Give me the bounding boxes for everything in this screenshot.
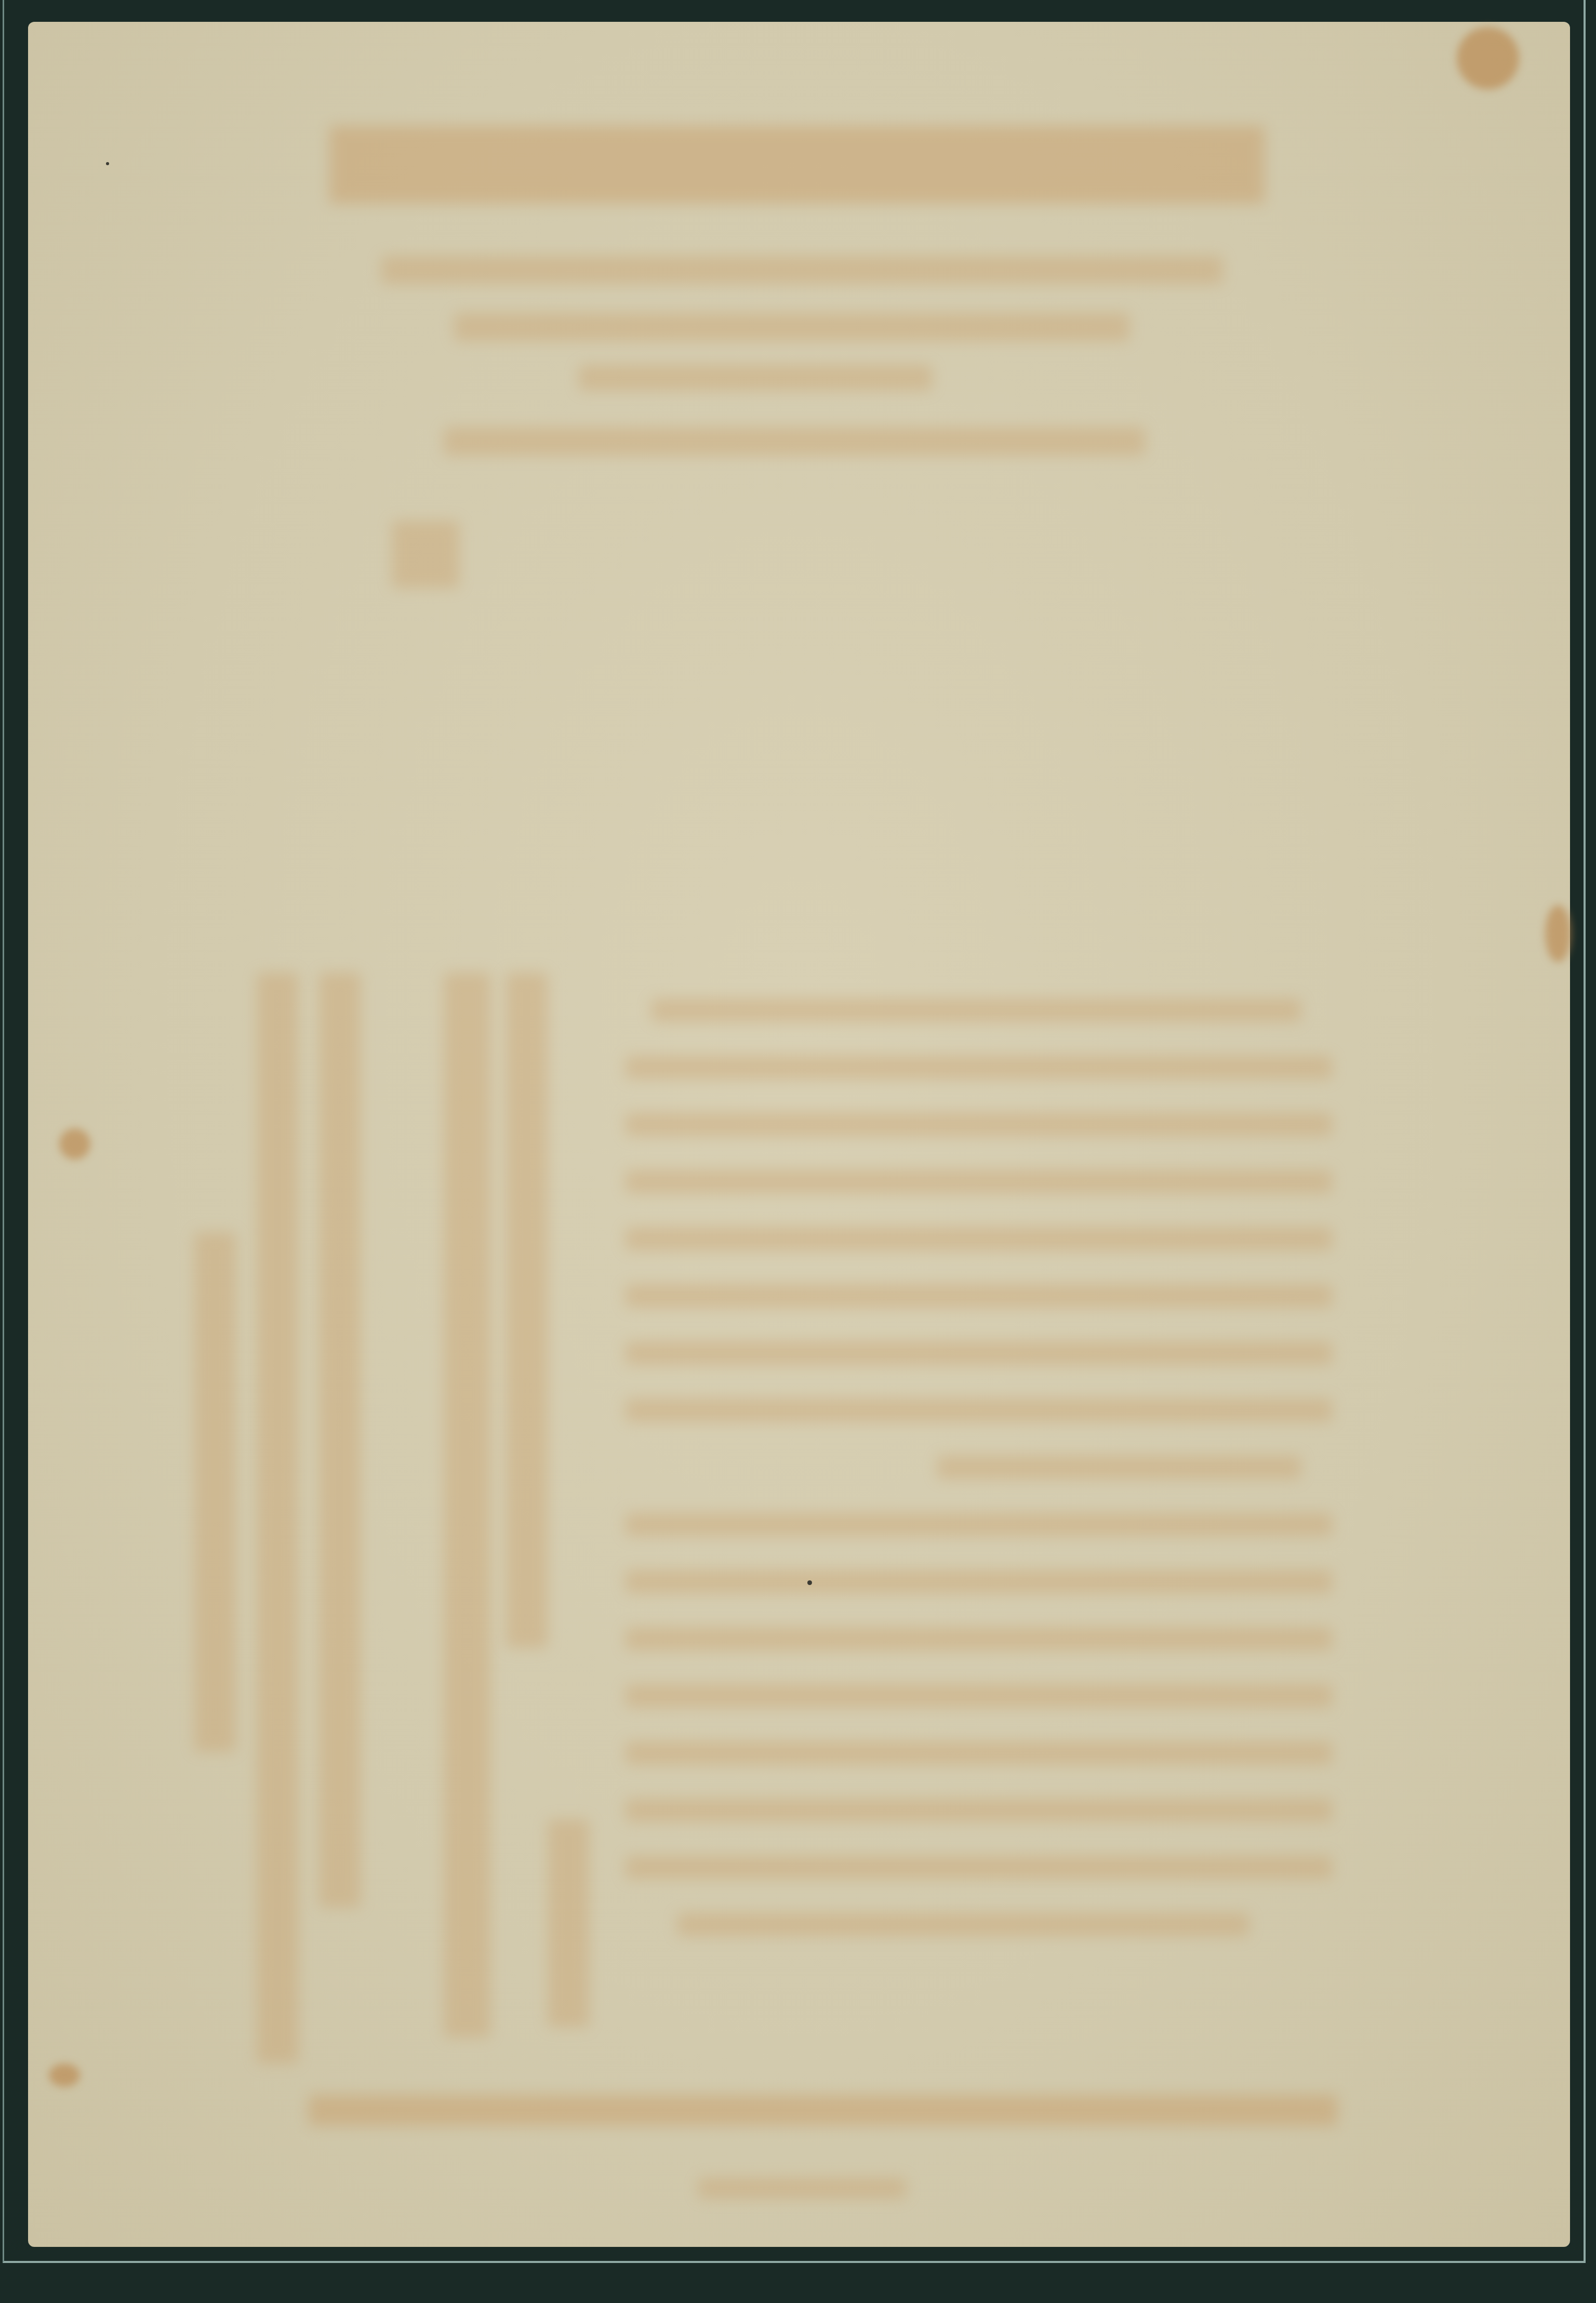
stain (1545, 905, 1571, 962)
speck (106, 162, 109, 165)
paragraph-bleed-line (626, 1227, 1332, 1250)
footer-bleed (309, 2095, 1337, 2126)
column-bleed (506, 973, 548, 1648)
paragraph-bleed-line (626, 1399, 1332, 1422)
paragraph-bleed-line (626, 1741, 1332, 1765)
paragraph-bleed-line (626, 1170, 1332, 1193)
paragraph-bleed-line (626, 1056, 1332, 1079)
paragraph-bleed-line (626, 1341, 1332, 1365)
ornament-bleed (392, 521, 459, 588)
paragraph-bleed-line (626, 1856, 1332, 1879)
subtitle-bleed-line (444, 427, 1145, 456)
paragraph-bleed-line (626, 1284, 1332, 1308)
paragraph-bleed-line (626, 1627, 1332, 1650)
stain (59, 1128, 90, 1160)
column-bleed (194, 1232, 236, 1752)
column-bleed (257, 973, 298, 2064)
title-bleed-through (329, 126, 1265, 204)
stain (1457, 27, 1519, 89)
paragraph-bleed-line (677, 1913, 1249, 1936)
paragraph-bleed-line (626, 1684, 1332, 1708)
paragraph-bleed-line (651, 999, 1301, 1022)
paragraph-bleed-line (626, 1513, 1332, 1536)
subtitle-bleed-line (454, 313, 1129, 341)
paragraph-bleed-line (626, 1570, 1332, 1593)
stain (49, 2064, 80, 2087)
paragraph-bleed-line (626, 1113, 1332, 1136)
column-bleed (444, 973, 490, 2038)
subtitle-bleed-line (579, 365, 932, 391)
speck (807, 1580, 812, 1585)
paragraph-bleed-line (937, 1456, 1301, 1479)
subtitle-bleed-line (381, 256, 1223, 284)
paper-card (28, 22, 1570, 2247)
column-bleed (548, 1819, 589, 2027)
column-bleed (319, 973, 361, 1908)
footer-bleed-small (698, 2178, 906, 2199)
paragraph-bleed-line (626, 1799, 1332, 1822)
